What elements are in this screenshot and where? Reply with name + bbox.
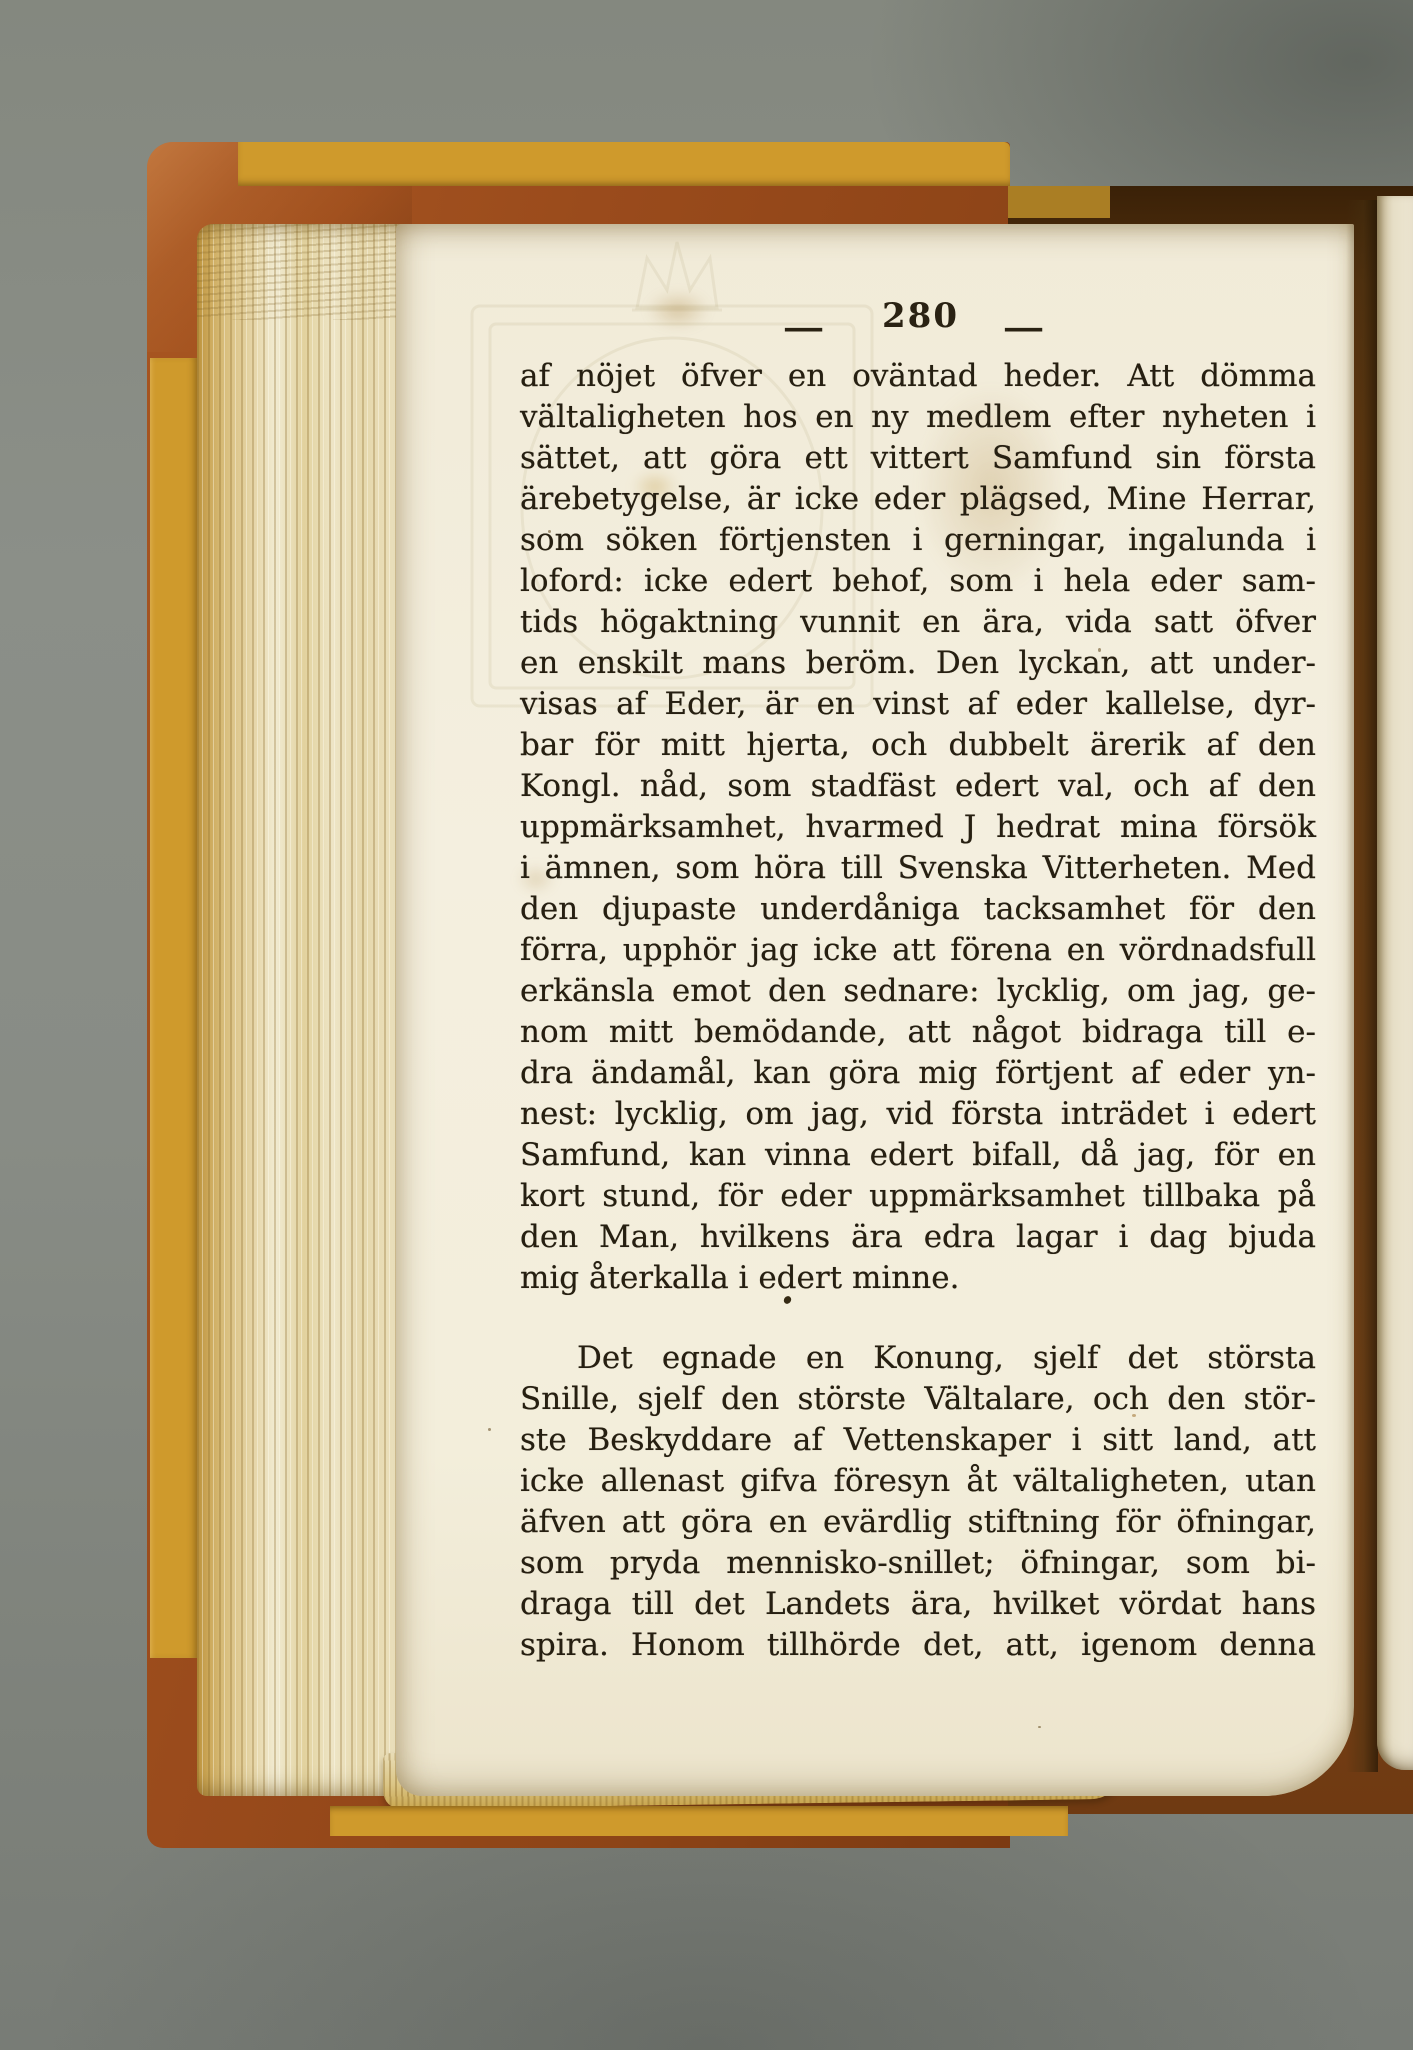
text-line: äfven att göra en evärdlig stiftning för… xyxy=(520,1502,1316,1543)
page-number-dash-right: — xyxy=(1003,310,1045,346)
text-line: loford: icke edert behof, som i hela ede… xyxy=(520,561,1316,602)
text-line: den Man, hvilkens ära edra lagar i dag b… xyxy=(520,1217,1316,1258)
page-number: 280 xyxy=(882,296,956,336)
text-line: Det egnade en Konung, sjelf det största xyxy=(520,1338,1316,1379)
text-line: sättet, att göra ett vittert Samfund sin… xyxy=(520,438,1316,479)
text-line: af nöjet öfver en oväntad heder. Att döm… xyxy=(520,356,1316,397)
page-number-dash-left: — xyxy=(783,310,825,346)
body-text: af nöjet öfver en oväntad heder. Att döm… xyxy=(520,356,1316,1666)
text-line: Samfund, kan vinna edert bifall, då jag,… xyxy=(520,1135,1316,1176)
text-line: den djupaste underdåniga tacksamhet för … xyxy=(520,889,1316,930)
text-line: vältaligheten hos en ny medlem efter nyh… xyxy=(520,397,1316,438)
text-line: ärebetygelse, är icke eder plägsed, Mine… xyxy=(520,479,1316,520)
paper-fleck xyxy=(1038,1726,1041,1728)
marbled-edge-bottom xyxy=(330,1806,1068,1836)
paragraph: Det egnade en Konung, sjelf det störstaS… xyxy=(520,1338,1316,1666)
text-line: uppmärksamhet, hvarmed J hedrat mina för… xyxy=(520,807,1316,848)
text-line: mig återkalla i edert minne. xyxy=(520,1258,1316,1299)
gutter-shadow xyxy=(1346,200,1378,1772)
text-line: som söken förtjensten i gerningar, ingal… xyxy=(520,520,1316,561)
text-line: nest: lycklig, om jag, vid första inträd… xyxy=(520,1094,1316,1135)
text-line: i ämnen, som höra till Svenska Vitterhet… xyxy=(520,848,1316,889)
text-line: visas af Eder, är en vinst af eder kalle… xyxy=(520,684,1316,725)
text-line: erkänsla emot den sednare: lycklig, om j… xyxy=(520,971,1316,1012)
facing-page-edge xyxy=(1377,196,1413,1770)
text-line: som pryda mennisko-snillet; öfningar, so… xyxy=(520,1543,1316,1584)
text-line: ste Beskyddare af Vettenskaper i sitt la… xyxy=(520,1420,1316,1461)
text-line: Kongl. nåd, som stadfäst edert val, och … xyxy=(520,766,1316,807)
text-line: dra ändamål, kan göra mig förtjent af ed… xyxy=(520,1053,1316,1094)
text-line: bar för mitt hjerta, och dubbelt ärerik … xyxy=(520,725,1316,766)
paragraph: af nöjet öfver en oväntad heder. Att döm… xyxy=(520,356,1316,1299)
text-line: kort stund, för eder uppmärksamhet tillb… xyxy=(520,1176,1316,1217)
text-line: förra, upphör jag icke att förena en vör… xyxy=(520,930,1316,971)
book-page: — 280 — af nöjet öfver en oväntad heder.… xyxy=(396,224,1354,1796)
page-stack-fore-edge xyxy=(197,224,403,1796)
text-line: draga till det Landets ära, hvilket vörd… xyxy=(520,1584,1316,1625)
text-line: nom mitt bemödande, att något bidraga ti… xyxy=(520,1012,1316,1053)
page-stain xyxy=(646,290,710,330)
text-line: spira. Honom tillhörde det, att, igenom … xyxy=(520,1625,1316,1666)
marbled-edge-top-right xyxy=(1008,186,1110,218)
text-line: icke allenast gifva föresyn åt vältaligh… xyxy=(520,1461,1316,1502)
text-line: tids högaktning vunnit en ära, vida satt… xyxy=(520,602,1316,643)
marbled-edge-top xyxy=(238,142,1010,186)
paper-fleck xyxy=(488,1428,491,1431)
marbled-edge-left xyxy=(150,358,197,1658)
text-line: Snille, sjelf den störste Vältalare, och… xyxy=(520,1379,1316,1420)
photo-background: — 280 — af nöjet öfver en oväntad heder.… xyxy=(0,0,1413,2050)
text-line: en enskilt mans beröm. Den lyckan, att u… xyxy=(520,643,1316,684)
